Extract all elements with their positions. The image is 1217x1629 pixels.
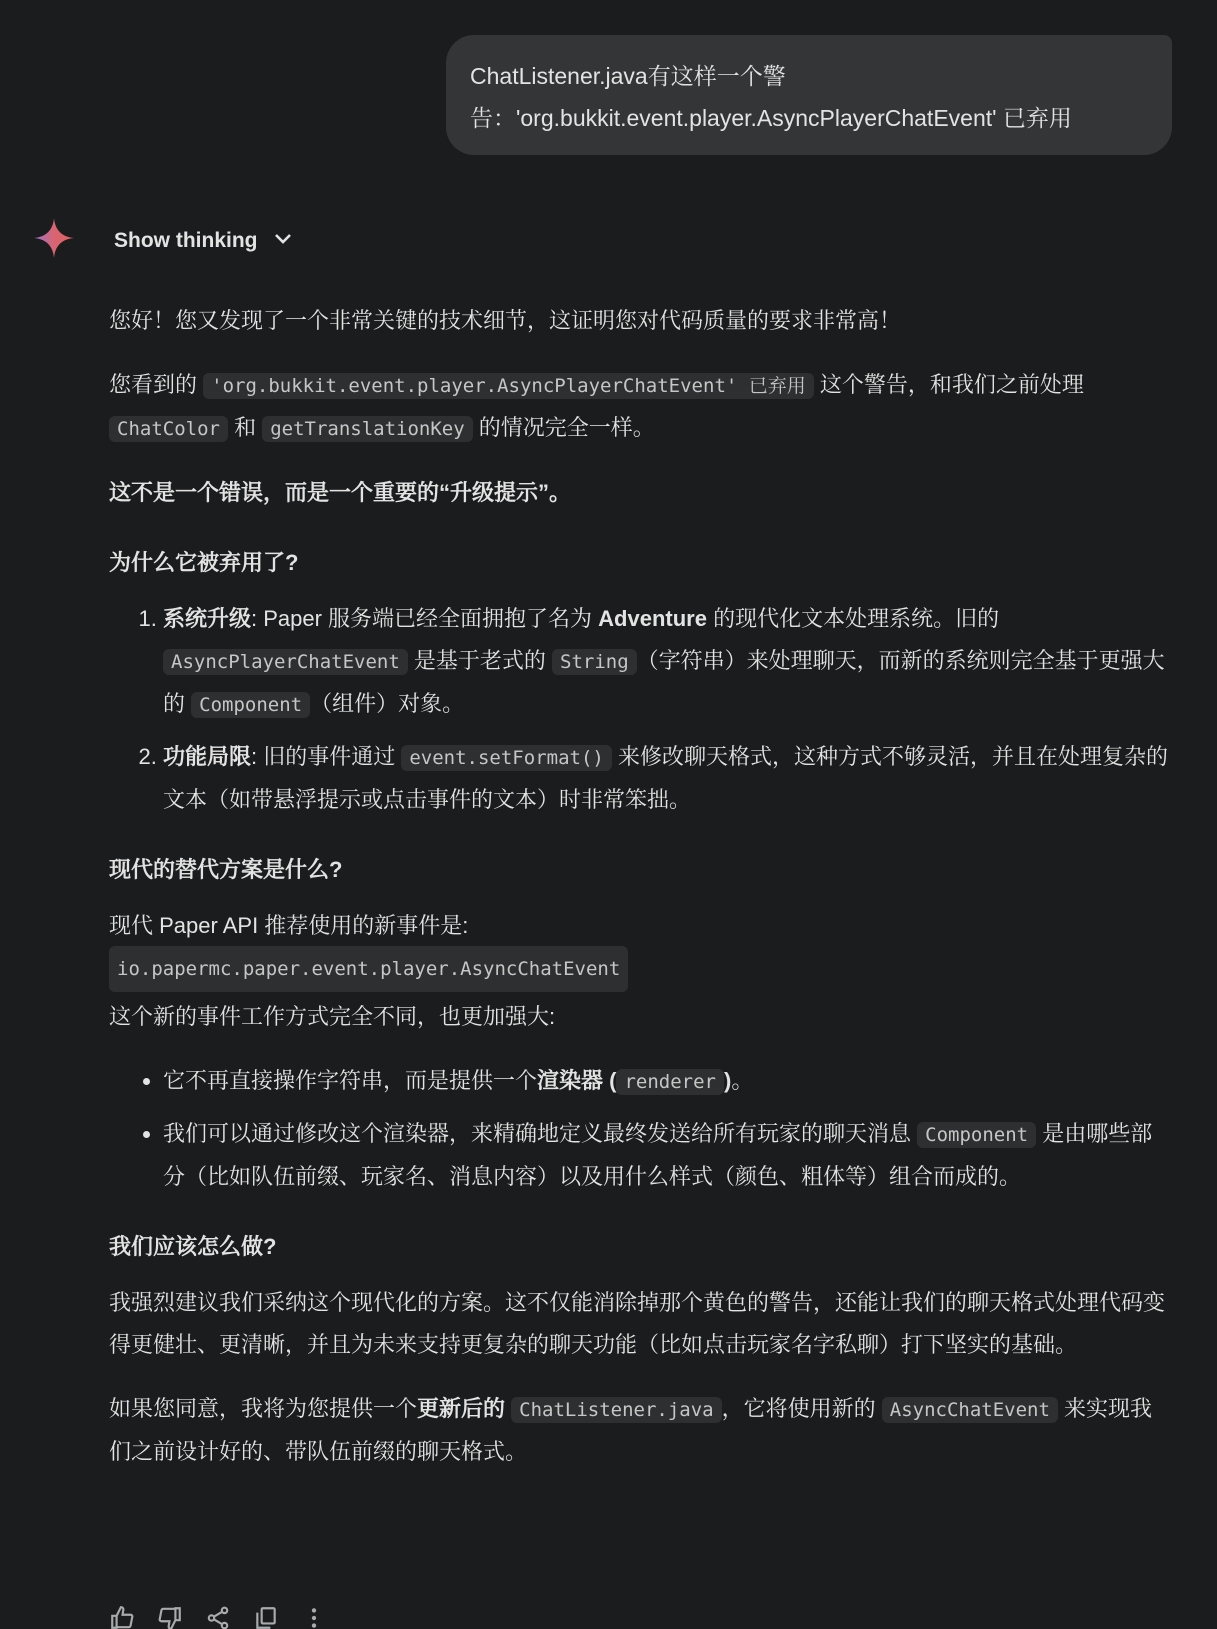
inline-code: Component: [917, 1122, 1036, 1148]
text: 和: [228, 415, 262, 440]
inline-code: 'org.bukkit.event.player.AsyncPlayerChat…: [203, 373, 814, 399]
bold-text: 渲染器 (: [537, 1068, 616, 1093]
inline-code: event.setFormat(): [401, 745, 611, 771]
reasons-list: 系统升级: Paper 服务端已经全面拥抱了名为 Adventure 的现代化文…: [109, 598, 1169, 821]
gemini-sparkle-icon: [34, 218, 74, 263]
greeting-paragraph: 您好！您又发现了一个非常关键的技术细节，这证明您对代码质量的要求非常高！: [109, 300, 1169, 342]
inline-code: getTranslationKey: [262, 416, 472, 442]
section-heading: 为什么它被弃用了?: [109, 542, 1169, 584]
text: 。: [731, 1068, 753, 1093]
features-list: 它不再直接操作字符串，而是提供一个渲染器 (renderer)。 我们可以通过修…: [109, 1060, 1169, 1198]
section-heading: 现代的替代方案是什么?: [109, 849, 1169, 891]
list-item: 系统升级: Paper 服务端已经全面拥抱了名为 Adventure 的现代化文…: [163, 598, 1169, 726]
text: 这个警告，和我们之前处理: [814, 372, 1084, 397]
share-icon[interactable]: [205, 1605, 231, 1629]
text: : 旧的事件通过: [251, 744, 401, 769]
text: 我们可以通过修改这个渲染器，来精确地定义最终发送给所有玩家的聊天消息: [163, 1121, 917, 1146]
paragraph: 如果您同意，我将为您提供一个更新后的 ChatListener.java，它将使…: [109, 1388, 1169, 1473]
show-thinking-label: Show thinking: [114, 229, 257, 253]
user-message-bubble: ChatListener.java有这样一个警 告：'org.bukkit.ev…: [446, 35, 1172, 155]
inline-code: renderer: [616, 1069, 724, 1095]
paragraph: 我强烈建议我们采纳这个现代化的方案。这不仅能消除掉那个黄色的警告，还能让我们的聊…: [109, 1282, 1169, 1366]
warning-paragraph: 您看到的 'org.bukkit.event.player.AsyncPlaye…: [109, 364, 1169, 450]
text: 现代 Paper API 推荐使用的新事件是:: [109, 913, 468, 938]
paragraph: 这个新的事件工作方式完全不同，也更加强大:: [109, 996, 1169, 1038]
list-item: 功能局限: 旧的事件通过 event.setFormat() 来修改聊天格式，这…: [163, 736, 1169, 821]
bold-text: 更新后的: [417, 1396, 505, 1421]
text: 是基于老式的: [408, 648, 552, 673]
user-message-line: ChatListener.java有这样一个警: [470, 55, 1148, 97]
text: : Paper 服务端已经全面拥抱了名为: [251, 606, 598, 631]
text: ，它将使用新的: [722, 1396, 882, 1421]
copy-icon[interactable]: [253, 1605, 279, 1629]
bold-text: 功能局限: [163, 744, 251, 769]
text: 您看到的: [109, 372, 203, 397]
inline-code: ChatColor: [109, 416, 228, 442]
list-item: 我们可以通过修改这个渲染器，来精确地定义最终发送给所有玩家的聊天消息 Compo…: [163, 1113, 1169, 1198]
user-message-line: 告：'org.bukkit.event.player.AsyncPlayerCh…: [470, 97, 1148, 139]
text: 的现代化文本处理系统。旧的: [707, 606, 999, 631]
text: 如果您同意，我将为您提供一个: [109, 1396, 417, 1421]
text: （组件）对象。: [310, 691, 464, 716]
text: 它不再直接操作字符串，而是提供一个: [163, 1068, 537, 1093]
inline-code: AsyncPlayerChatEvent: [163, 649, 408, 675]
paragraph: 现代 Paper API 推荐使用的新事件是:io.papermc.paper.…: [109, 905, 1169, 992]
inline-code: io.papermc.paper.event.player.AsyncChatE…: [109, 946, 628, 992]
thumbs-down-icon[interactable]: [157, 1605, 183, 1629]
bold-text: Adventure: [598, 606, 707, 631]
bold-text: 系统升级: [163, 606, 251, 631]
chevron-down-icon: [273, 228, 293, 253]
thumbs-up-icon[interactable]: [109, 1605, 135, 1629]
text: 的情况完全一样。: [473, 415, 655, 440]
show-thinking-toggle[interactable]: Show thinking: [34, 218, 293, 263]
section-heading: 我们应该怎么做?: [109, 1226, 1169, 1268]
inline-code: String: [552, 649, 637, 675]
list-item: 它不再直接操作字符串，而是提供一个渲染器 (renderer)。: [163, 1060, 1169, 1103]
model-response: 您好！您又发现了一个非常关键的技术细节，这证明您对代码质量的要求非常高！ 您看到…: [109, 300, 1169, 1495]
upgrade-hint-paragraph: 这不是一个错误，而是一个重要的“升级提示”。: [109, 472, 1169, 514]
inline-code: ChatListener.java: [511, 1397, 721, 1423]
bold-text: 这不是一个错误，而是一个重要的“升级提示”。: [109, 480, 571, 505]
response-actions: [109, 1605, 327, 1629]
inline-code: Component: [191, 692, 310, 718]
inline-code: AsyncChatEvent: [882, 1397, 1058, 1423]
more-options-icon[interactable]: [301, 1605, 327, 1629]
